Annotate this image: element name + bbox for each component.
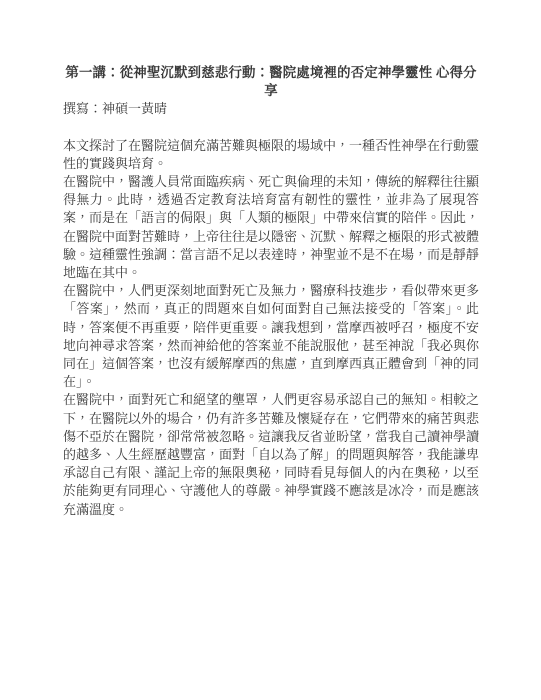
paragraph-4: 在醫院中，面對死亡和絕望的壟罩，人們更容易承認自己的無知。相較之下，在醫院以外的…	[63, 391, 479, 518]
document-body: 本文探討了在醫院這個充滿苦難與極限的場域中，一種否性神學在行動靈性的實踐與培育。…	[63, 137, 479, 519]
document-title: 第一講：從神聖沉默到慈悲行動：醫院處境裡的否定神學靈性 心得分享	[63, 64, 479, 100]
paragraph-3: 在醫院中，人們更深刻地面對死亡及無力，醫療科技進步，看似帶來更多「答案」，然而，…	[63, 282, 479, 391]
paragraph-1: 本文探討了在醫院這個充滿苦難與極限的場域中，一種否性神學在行動靈性的實踐與培育。	[63, 137, 479, 173]
document-byline: 撰寫：神碩一黃晴	[63, 100, 479, 118]
document-page: 第一講：從神聖沉默到慈悲行動：醫院處境裡的否定神學靈性 心得分享 撰寫：神碩一黃…	[0, 0, 541, 700]
paragraph-2: 在醫院中，醫護人員常面臨疾病、死亡與倫理的未知，傳統的解釋往往顯得無力。此時，透…	[63, 173, 479, 282]
